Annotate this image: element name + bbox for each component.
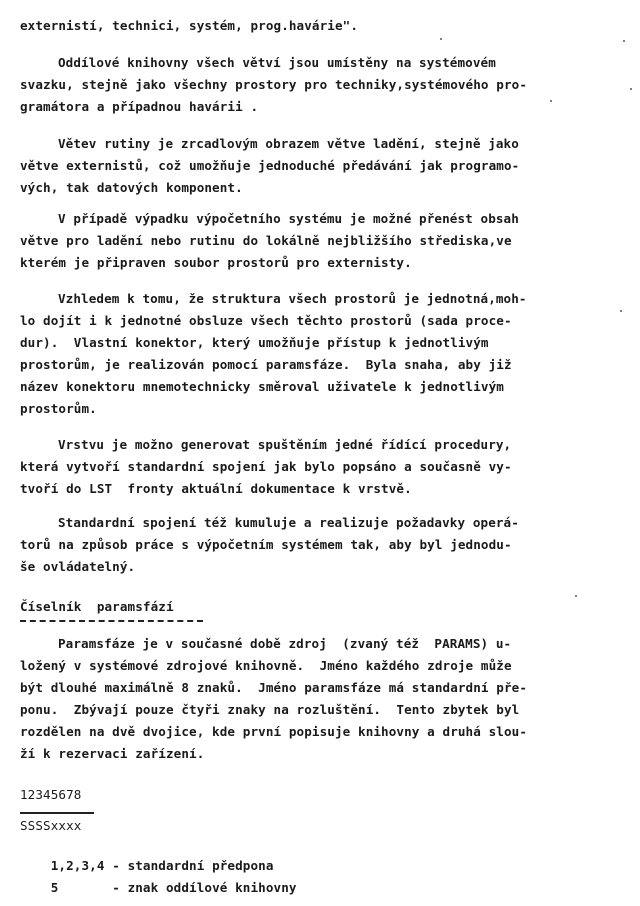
paragraph-5-line-1: Vrstvu je možno generovat spuštěním jedn… xyxy=(58,437,511,452)
scan-speck xyxy=(440,38,442,40)
section-paragraph-line-2: ložený v systémové zdrojové knihovně. Jm… xyxy=(20,658,512,673)
paragraph-5-line-2: která vytvoří standardní spojení jak byl… xyxy=(20,459,512,474)
paragraph-6-line-3: še ovládatelný. xyxy=(20,559,135,574)
legend-row-2: 5 - znak oddílové knihovny xyxy=(20,865,297,906)
scan-speck xyxy=(575,595,577,597)
paragraph-4-line-2: lo dojít i k jednotné obsluze všech těch… xyxy=(20,313,512,328)
intro-line: externistí, technici, systém, prog.havár… xyxy=(20,18,358,33)
paragraph-4-line-5: název konektoru mnemotechnicky směroval … xyxy=(20,379,504,394)
scan-speck xyxy=(550,100,552,102)
section-paragraph-line-6: ží k rezervaci zařízení. xyxy=(20,746,204,761)
scan-speck xyxy=(630,88,632,90)
scan-speck xyxy=(620,310,622,312)
paragraph-5-line-3: tvoří do LST fronty aktuální dokumentace… xyxy=(20,481,412,496)
position-numbers: 12345678 xyxy=(20,787,81,802)
section-heading: Číselník paramsfází xyxy=(20,599,174,614)
section-paragraph-line-4: ponu. Zbývají pouze čtyři znaky na rozlu… xyxy=(20,702,519,717)
name-pattern: SSSSxxxx xyxy=(20,818,81,833)
paragraph-4-line-1: Vzhledem k tomu, že struktura všech pros… xyxy=(58,291,527,306)
paragraph-1-line-3: gramátora a případnou havárii . xyxy=(20,99,258,114)
paragraph-6-line-2: torů na způsob práce s výpočetním systém… xyxy=(20,537,512,552)
typewritten-page: externistí, technici, systém, prog.havár… xyxy=(0,0,640,906)
paragraph-3-line-3: kterém je připraven soubor prostorů pro … xyxy=(20,255,412,270)
paragraph-2-line-3: vých, tak datových komponent. xyxy=(20,180,243,195)
paragraph-1-line-2: svazku, stejně jako všechny prostory pro… xyxy=(20,77,527,92)
legend-key: 5 xyxy=(51,880,105,894)
paragraph-1-line-1: Oddílové knihovny všech větví jsou umíst… xyxy=(58,55,496,70)
paragraph-2-line-1: Větev rutiny je zrcadlovým obrazem větve… xyxy=(58,136,519,151)
paragraph-6-line-1: Standardní spojení též kumuluje a realiz… xyxy=(58,515,519,530)
section-paragraph-line-5: rozdělen na dvě dvojice, kde první popis… xyxy=(20,724,527,739)
paragraph-2-line-2: větve externistů, což umožňuje jednoduch… xyxy=(20,158,519,173)
paragraph-3-line-2: větve pro ladění nebo rutinu do lokálně … xyxy=(20,233,512,248)
paragraph-4-line-3: dur). Vlastní konektor, který umožňuje p… xyxy=(20,335,489,350)
paragraph-3-line-1: V případě výpadku výpočetního systému je… xyxy=(58,211,519,226)
paragraph-4-line-4: prostorům, je realizován pomocí paramsfá… xyxy=(20,357,512,372)
legend-desc: - znak oddílové knihovny xyxy=(112,880,296,894)
section-paragraph-line-3: být dlouhé maximálně 8 znaků. Jméno para… xyxy=(20,680,527,695)
scan-speck xyxy=(623,40,625,42)
positions-underline xyxy=(20,812,94,814)
paragraph-4-line-6: prostorům. xyxy=(20,401,97,416)
section-paragraph-line-1: Paramsfáze je v současné době zdroj (zva… xyxy=(58,636,511,651)
heading-underline xyxy=(20,620,203,622)
